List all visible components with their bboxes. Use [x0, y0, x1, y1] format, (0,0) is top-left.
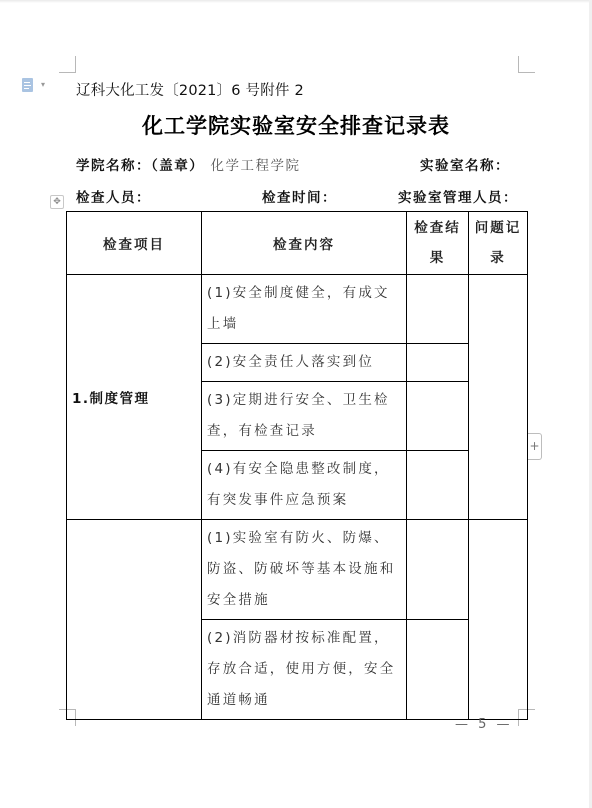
section-item-2[interactable] — [67, 520, 202, 720]
lab-name-label: 实验室名称： — [420, 154, 510, 174]
college-field: 学院名称：（盖章） 化学工程学院 — [76, 154, 300, 174]
content-cell[interactable]: (2)安全责任人落实到位 — [202, 344, 407, 382]
attachment-reference: 辽科大化工发〔2021〕6 号附件 2 — [76, 79, 304, 100]
result-cell[interactable] — [407, 275, 469, 344]
table-move-handle-icon[interactable]: ✥ — [50, 195, 64, 209]
result-cell[interactable] — [407, 451, 469, 520]
crop-mark-top-right — [518, 56, 535, 73]
header-issues: 问题记录 — [469, 212, 528, 275]
college-value: 化学工程学院 — [210, 158, 300, 174]
inspector-label: 检查人员： — [76, 186, 151, 206]
lab-manager-label: 实验室管理人员： — [398, 186, 518, 206]
header-content: 检查内容 — [202, 212, 407, 275]
crop-mark-top-left — [59, 56, 76, 73]
header-item: 检查项目 — [67, 212, 202, 275]
result-cell[interactable] — [407, 520, 469, 620]
content-cell[interactable]: (2)消防器材按标准配置，存放合适，使用方便，安全通道畅通 — [202, 620, 407, 720]
table-header-row: 检查项目 检查内容 检查结果 问题记录 — [67, 212, 528, 275]
table-row: 1.制度管理 (1)安全制度健全，有成文上墙 — [67, 275, 528, 344]
inspection-table: 检查项目 检查内容 检查结果 问题记录 1.制度管理 (1)安全制度健全，有成文… — [66, 211, 528, 720]
header-result: 检查结果 — [407, 212, 469, 275]
content-cell[interactable]: (3)定期进行安全、卫生检查，有检查记录 — [202, 382, 407, 451]
result-cell[interactable] — [407, 382, 469, 451]
document-icon[interactable] — [22, 78, 36, 94]
result-cell[interactable] — [407, 620, 469, 720]
content-cell[interactable]: (1)实验室有防火、防爆、防盗、防破坏等基本设施和安全措施 — [202, 520, 407, 620]
issues-cell[interactable] — [469, 520, 528, 720]
add-column-button[interactable]: + — [528, 433, 542, 460]
chevron-down-icon[interactable]: ▾ — [41, 80, 45, 89]
issues-cell[interactable] — [469, 275, 528, 520]
check-time-label: 检查时间： — [262, 186, 337, 206]
content-cell[interactable]: (4)有安全隐患整改制度，有突发事件应急预案 — [202, 451, 407, 520]
page-number: — 5 — — [455, 717, 513, 732]
content-cell[interactable]: (1)安全制度健全，有成文上墙 — [202, 275, 407, 344]
result-cell[interactable] — [407, 344, 469, 382]
college-label: 学院名称：（盖章） — [76, 158, 204, 174]
page-title: 化工学院实验室安全排查记录表 — [0, 110, 592, 140]
page-top-shadow — [0, 0, 592, 3]
section-item-1[interactable]: 1.制度管理 — [67, 275, 202, 520]
table-row: (1)实验室有防火、防爆、防盗、防破坏等基本设施和安全措施 — [67, 520, 528, 620]
